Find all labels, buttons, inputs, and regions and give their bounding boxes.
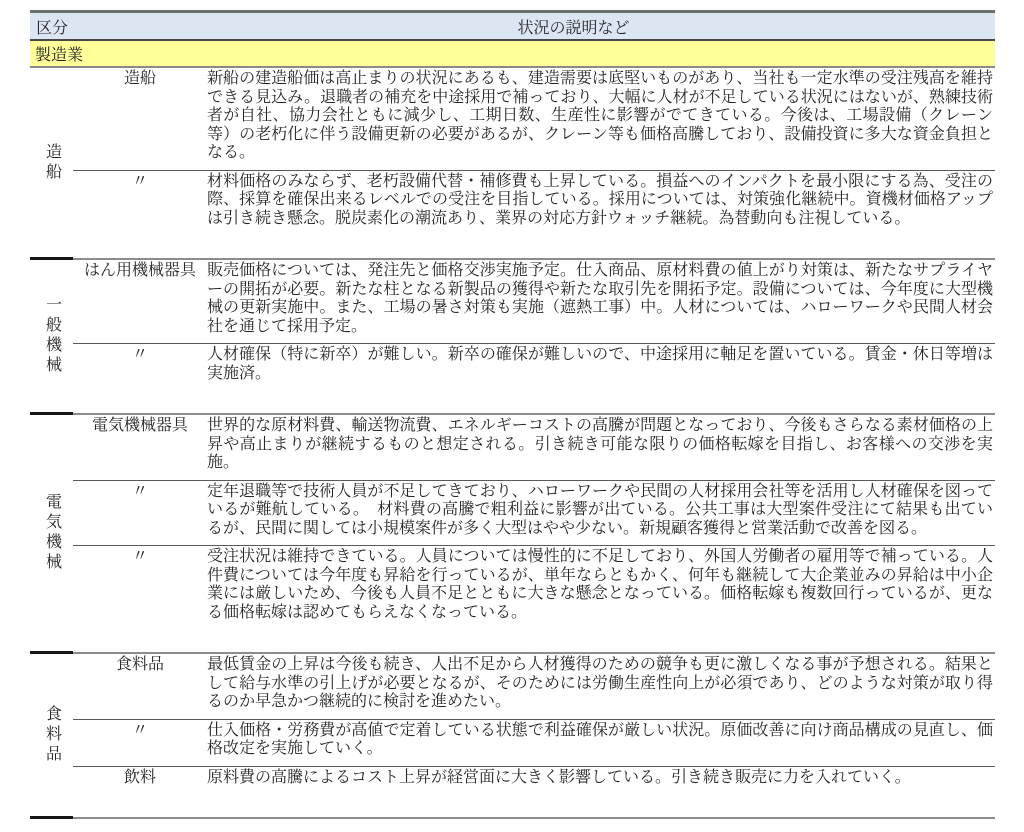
bottom-border-cap xyxy=(30,816,73,819)
section-label: 製造業 xyxy=(35,42,83,65)
row-subcategory: はん用機械器具 xyxy=(73,260,207,343)
row-description: 定年退職等で技術人員が不足してきており、ハローワークや民間の人材採用会社等を活用… xyxy=(207,481,995,546)
row-description: 仕入価格・労務費が高値で定着している状態で利益確保が厳しい状況。原価改善に向け商… xyxy=(207,720,995,766)
table-row: 〃 材料価格のみならず、老朽設備代替・補修費も上昇している。損益へのインパクトを… xyxy=(73,170,995,236)
row-subcategory: 〃 xyxy=(73,344,207,390)
group-rows: 造船 新船の建造船価は高止まりの状況にあるも、建造需要は底堅いものがあり、当社も… xyxy=(73,68,995,257)
group-label-text: 一般機械 xyxy=(44,296,60,376)
table-bottom-border xyxy=(30,816,995,819)
status-table: 区分 状況の説明など 製造業 造船 造船 新船の建造船価は高止まりの状況にあるも… xyxy=(30,10,995,819)
group-divider-cap xyxy=(30,412,73,415)
row-description: 販売価格については、発注先と価格交渉実施予定。仕入商品、原材料費の値上がり対策は… xyxy=(207,260,995,343)
group-label-text: 造船 xyxy=(44,143,60,183)
row-subcategory: 食料品 xyxy=(73,654,207,719)
group-divider xyxy=(30,257,995,260)
row-subcategory: 〃 xyxy=(73,546,207,629)
row-description: 新船の建造船価は高止まりの状況にあるも、建造需要は底堅いものがあり、当社も一定水… xyxy=(207,68,995,170)
bottom-border-line xyxy=(73,817,995,819)
row-subcategory: 〃 xyxy=(73,171,207,236)
header-description-label: 状況の説明など xyxy=(207,15,995,38)
group-divider xyxy=(30,412,995,415)
table-row: 〃 定年退職等で技術人員が不足してきており、ハローワークや民間の人材採用会社等を… xyxy=(73,480,995,546)
group-label-cell: 造船 xyxy=(30,68,73,257)
industry-group: 電気機械 電気機械器具 世界的な原材料費、輸送物流費、エネルギーコストの高騰が問… xyxy=(30,415,995,651)
row-subcategory: 電気機械器具 xyxy=(73,415,207,480)
group-divider-line xyxy=(73,652,995,654)
group-divider-cap xyxy=(30,257,73,260)
row-description: 最低賃金の上昇は今後も続き、人出不足から人材獲得のための競争も更に激しくなる事が… xyxy=(207,654,995,719)
groups: 造船 造船 新船の建造船価は高止まりの状況にあるも、建造需要は底堅いものがあり、… xyxy=(30,68,995,816)
table-row: 造船 新船の建造船価は高止まりの状況にあるも、建造需要は底堅いものがあり、当社も… xyxy=(73,68,995,170)
group-label-cell: 電気機械 xyxy=(30,415,73,651)
row-description: 原料費の高騰によるコスト上昇が経営面に大きく影響している。引き続き販売に力を入れ… xyxy=(207,767,995,795)
group-label-text: 電気機械 xyxy=(44,493,60,573)
row-subcategory: 〃 xyxy=(73,481,207,546)
table-row: 〃 受注状況は維持できている。人員については慢性的に不足しており、外国人労働者の… xyxy=(73,545,995,629)
industry-group: 食料品 食料品 最低賃金の上昇は今後も続き、人出不足から人材獲得のための競争も更… xyxy=(30,654,995,816)
group-label-text: 食料品 xyxy=(44,705,60,765)
table-row: 食料品 最低賃金の上昇は今後も続き、人出不足から人材獲得のための競争も更に激しく… xyxy=(73,654,995,719)
group-label-cell: 食料品 xyxy=(30,654,73,816)
industry-group: 造船 造船 新船の建造船価は高止まりの状況にあるも、建造需要は底堅いものがあり、… xyxy=(30,68,995,257)
group-rows: 食料品 最低賃金の上昇は今後も続き、人出不足から人材獲得のための競争も更に激しく… xyxy=(73,654,995,816)
row-subcategory: 造船 xyxy=(73,68,207,170)
group-divider-cap xyxy=(30,651,73,654)
table-row: 〃 人材確保（特に新卒）が難しい。新卒の確保が難しいので、中途採用に軸足を置いて… xyxy=(73,343,995,390)
section-row-manufacturing: 製造業 xyxy=(30,41,995,68)
row-subcategory: 〃 xyxy=(73,720,207,766)
table-row: はん用機械器具 販売価格については、発注先と価格交渉実施予定。仕入商品、原材料費… xyxy=(73,260,995,343)
row-subcategory: 飲料 xyxy=(73,767,207,795)
header-category-label: 区分 xyxy=(30,15,207,38)
table-row: 電気機械器具 世界的な原材料費、輸送物流費、エネルギーコストの高騰が問題となって… xyxy=(73,415,995,480)
group-rows: 電気機械器具 世界的な原材料費、輸送物流費、エネルギーコストの高騰が問題となって… xyxy=(73,415,995,651)
row-description: 材料価格のみならず、老朽設備代替・補修費も上昇している。損益へのインパクトを最小… xyxy=(207,171,995,236)
group-divider-line xyxy=(73,413,995,415)
row-description: 受注状況は維持できている。人員については慢性的に不足しており、外国人労働者の雇用… xyxy=(207,546,995,629)
group-rows: はん用機械器具 販売価格については、発注先と価格交渉実施予定。仕入商品、原材料費… xyxy=(73,260,995,412)
table-header-row: 区分 状況の説明など xyxy=(30,13,995,41)
row-description: 世界的な原材料費、輸送物流費、エネルギーコストの高騰が問題となっており、今後もさ… xyxy=(207,415,995,480)
group-divider-line xyxy=(73,258,995,260)
group-divider xyxy=(30,651,995,654)
row-description: 人材確保（特に新卒）が難しい。新卒の確保が難しいので、中途採用に軸足を置いている… xyxy=(207,344,995,390)
document-page: 区分 状況の説明など 製造業 造船 造船 新船の建造船価は高止まりの状況にあるも… xyxy=(0,0,1024,819)
table-row: 〃 仕入価格・労務費が高値で定着している状態で利益確保が厳しい状況。原価改善に向… xyxy=(73,719,995,766)
table-row: 飲料 原料費の高騰によるコスト上昇が経営面に大きく影響している。引き続き販売に力… xyxy=(73,766,995,795)
group-label-cell: 一般機械 xyxy=(30,260,73,412)
industry-group: 一般機械 はん用機械器具 販売価格については、発注先と価格交渉実施予定。仕入商品… xyxy=(30,260,995,412)
